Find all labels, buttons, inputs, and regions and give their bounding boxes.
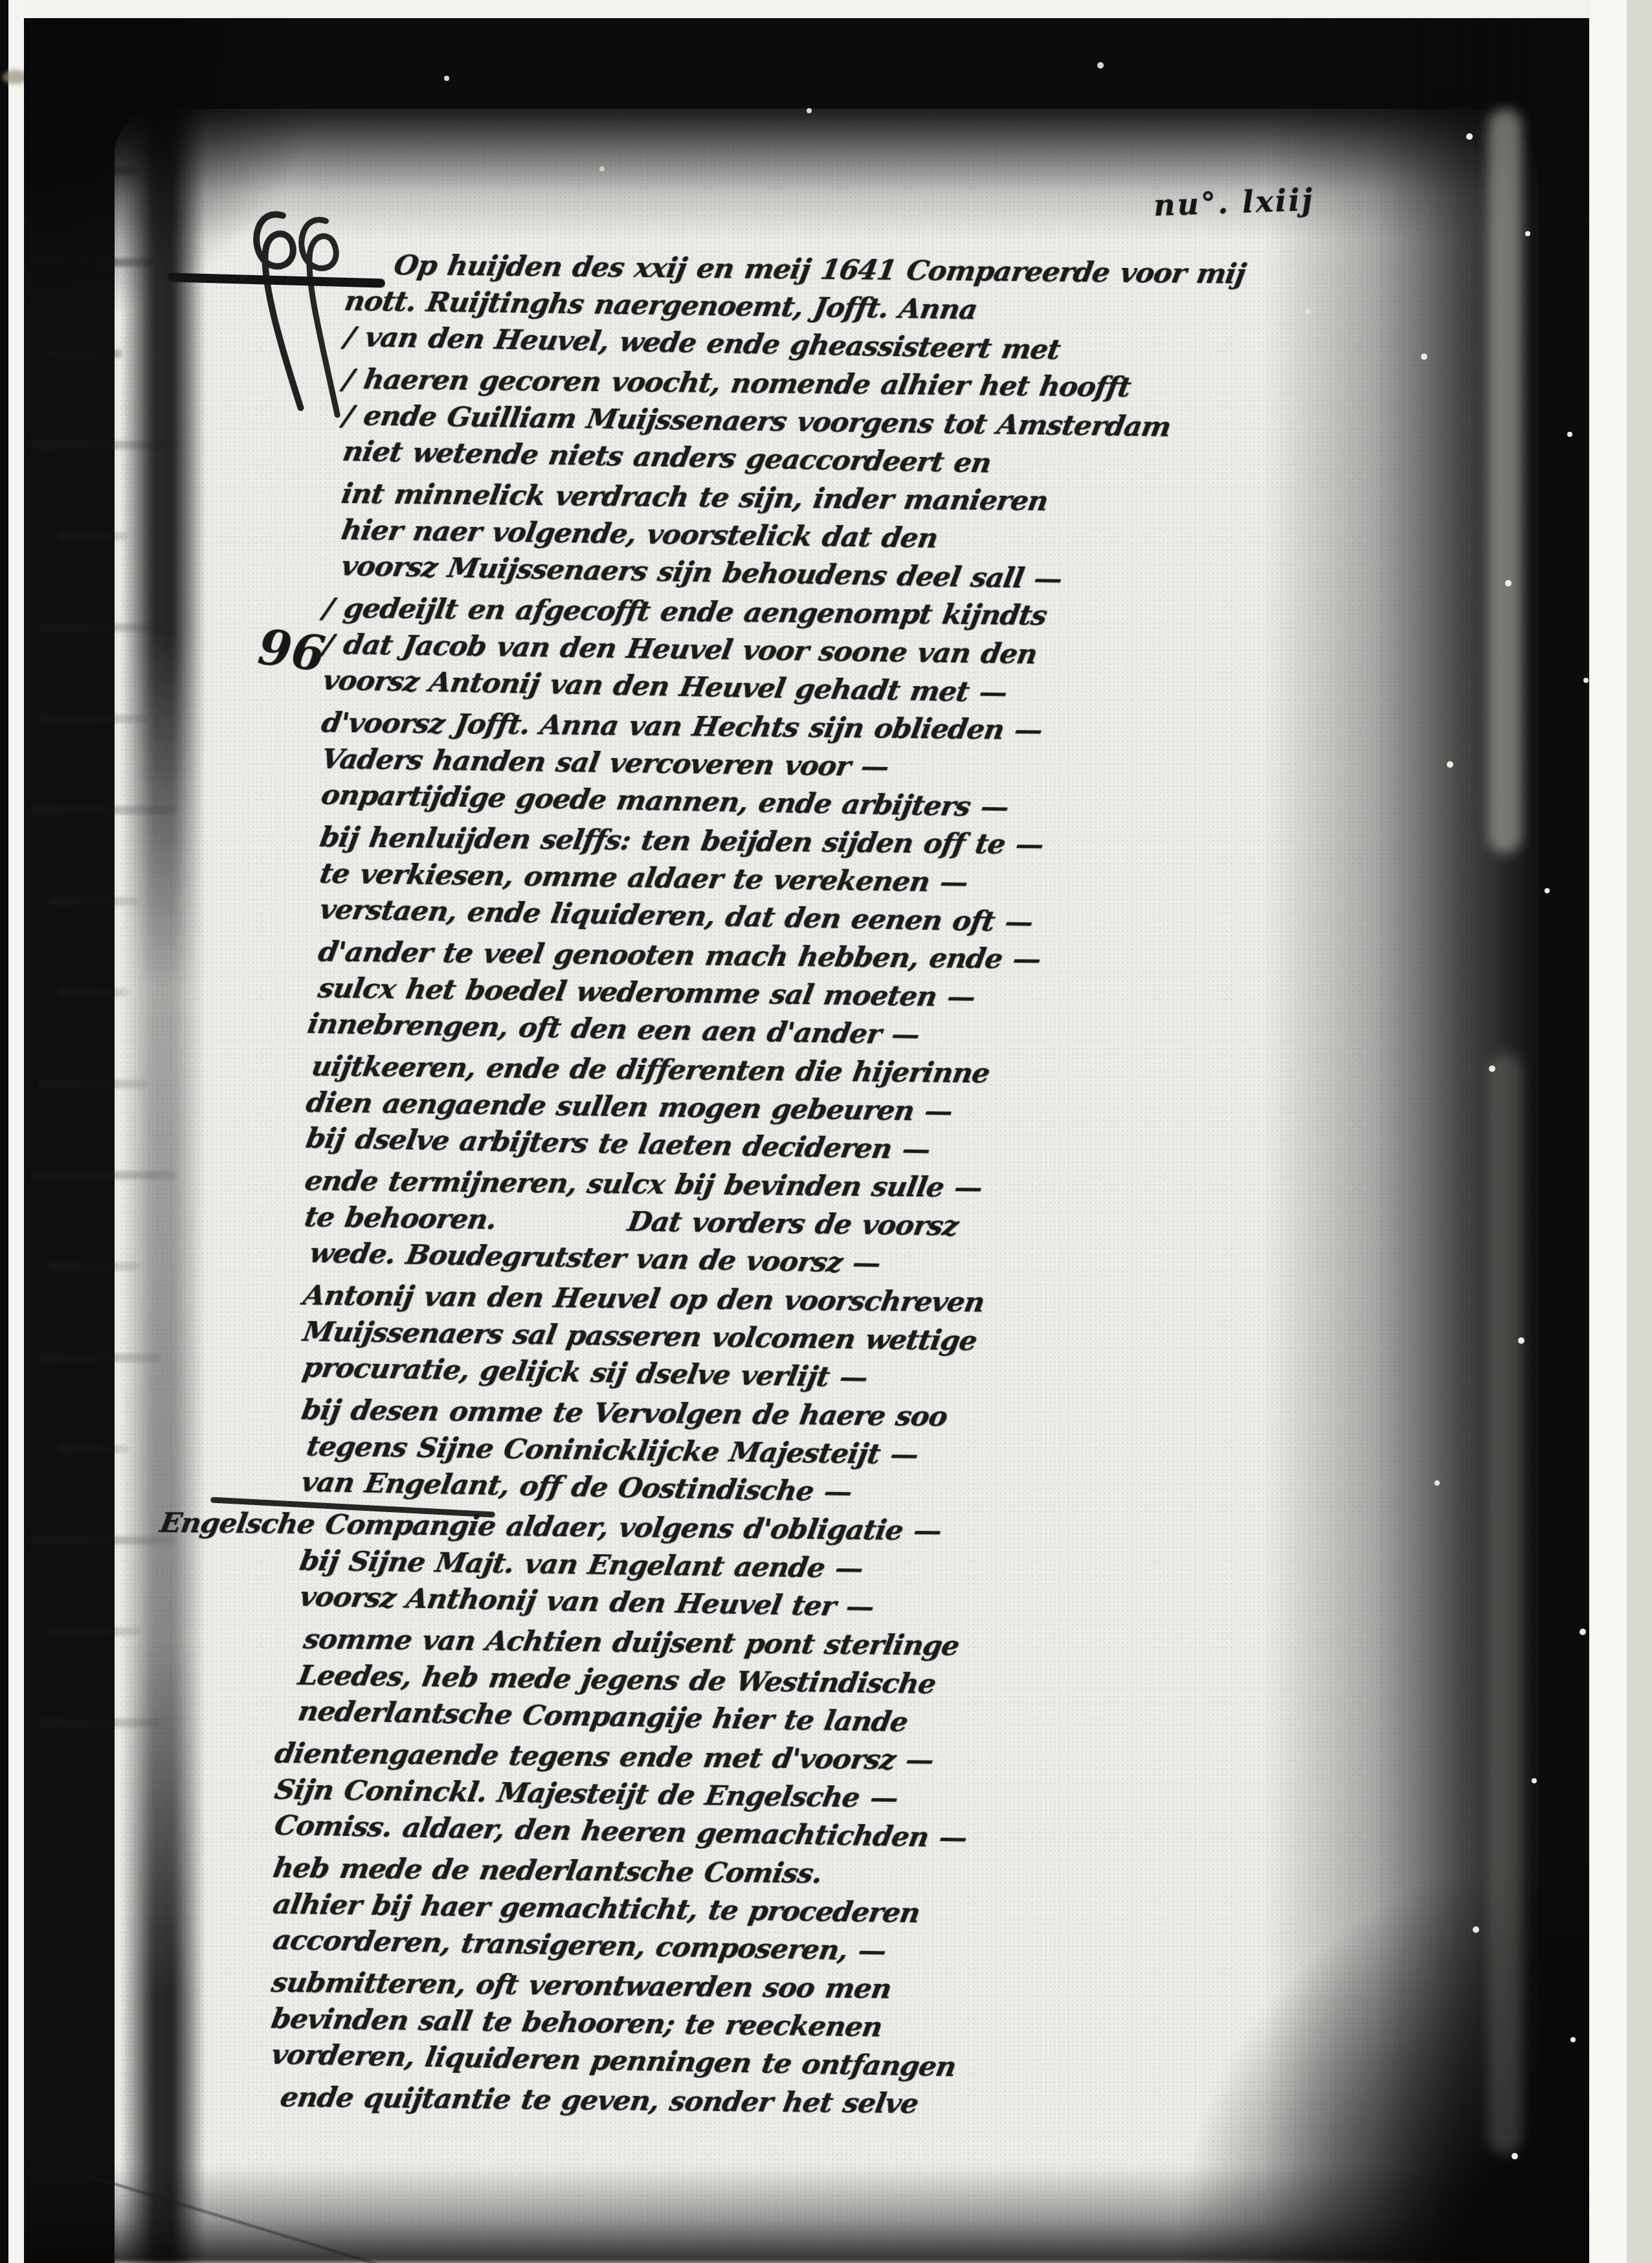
notary-paraph-mark xyxy=(227,197,368,433)
bleedthrough-line xyxy=(49,1627,139,1636)
bleedthrough-line xyxy=(58,988,129,997)
margin-number: 96 xyxy=(255,619,328,683)
dust-specks xyxy=(24,18,28,22)
binding-cord-highlight xyxy=(1488,109,1522,853)
bleedthrough-line xyxy=(49,167,139,175)
bleedthrough-line xyxy=(49,1262,139,1271)
bleedthrough-line xyxy=(38,1080,148,1088)
bleedthrough-line xyxy=(45,350,122,358)
scanner-margin-left xyxy=(8,0,25,2263)
bleedthrough-line xyxy=(32,441,177,449)
bleedthrough-column xyxy=(29,167,243,1850)
bleedthrough-line xyxy=(38,715,148,723)
bleedthrough-line xyxy=(30,258,153,267)
scanner-margin-right xyxy=(1589,0,1627,2263)
bleedthrough-line xyxy=(38,1719,161,1727)
bleedthrough-line xyxy=(32,1536,177,1544)
bleedthrough-line xyxy=(38,623,161,632)
scanner-edge-strip xyxy=(0,0,8,2263)
bleedthrough-line xyxy=(58,1445,129,1453)
bleedthrough-line xyxy=(49,897,139,906)
manuscript-text-block: Op huijden des xxij en meij 1641 Compare… xyxy=(293,243,1419,2130)
bleedthrough-line xyxy=(32,1171,177,1179)
bleedthrough-line xyxy=(38,1354,161,1362)
scanner-margin-right-outer xyxy=(1627,0,1652,2263)
binding-cord-highlight-lower xyxy=(1488,1054,1522,2154)
photo-area: nu°. lxiij 96 Op huijden des xxij en mei… xyxy=(24,18,1589,2263)
bleedthrough-line xyxy=(32,806,177,814)
bleedthrough-line xyxy=(58,532,129,541)
scanner-margin-top xyxy=(0,0,1652,18)
folio-number: nu°. lxiij xyxy=(1153,183,1315,223)
